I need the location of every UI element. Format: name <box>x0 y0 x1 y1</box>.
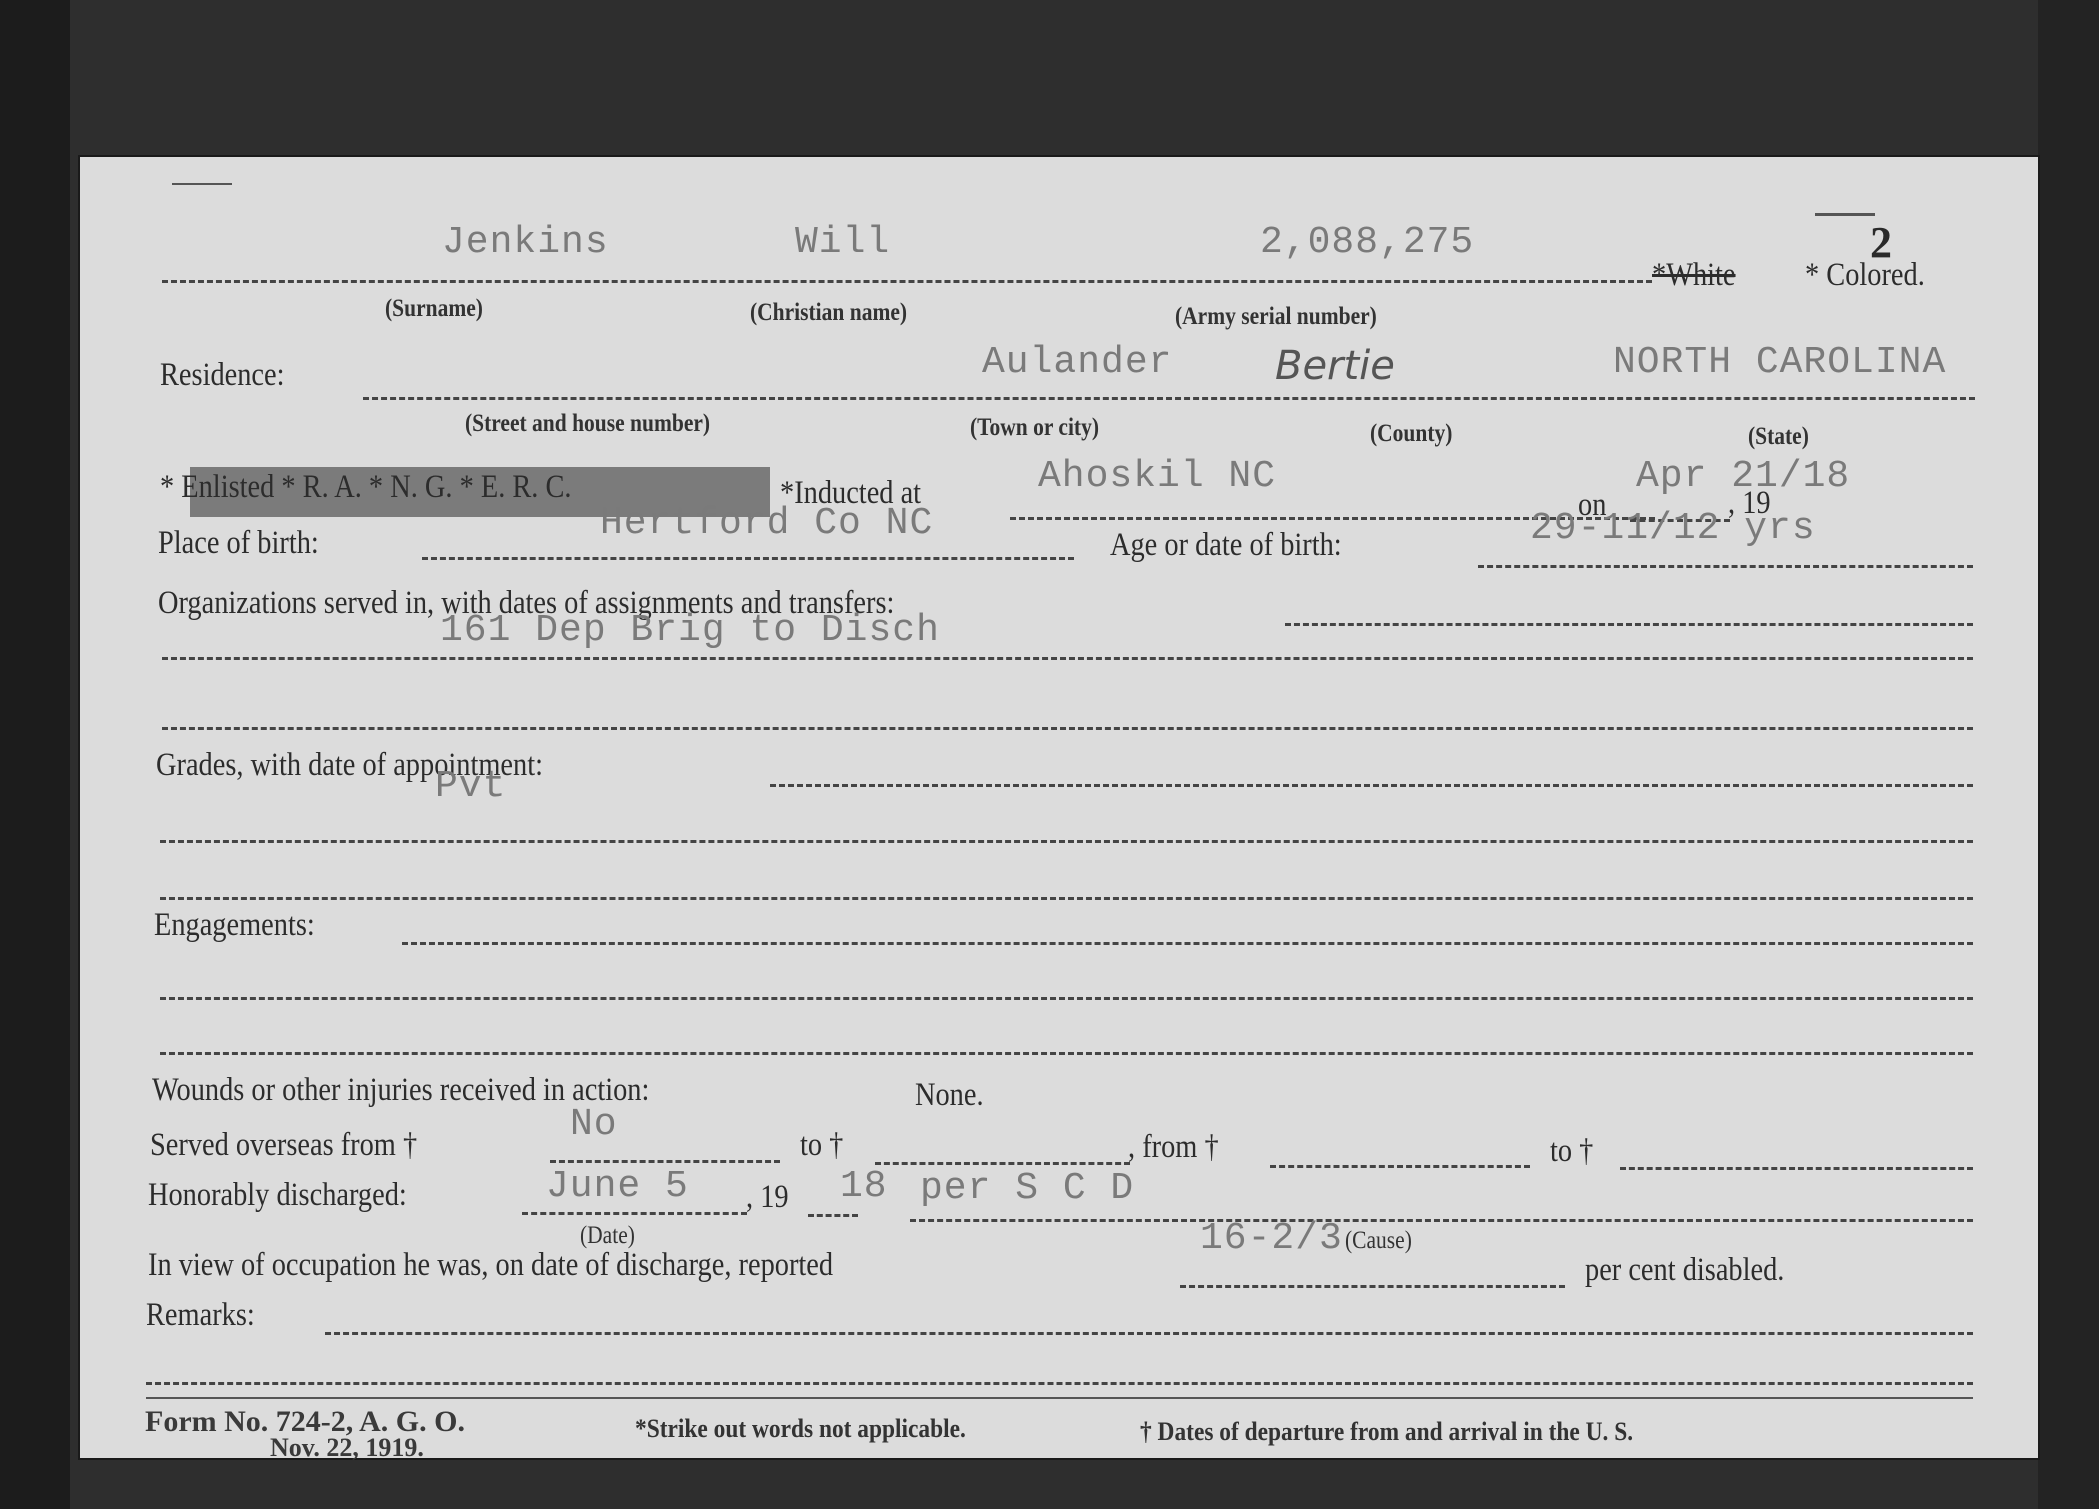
surname-value: Jenkins <box>442 221 609 264</box>
served-overseas-value: No <box>570 1103 618 1146</box>
disability-line <box>1180 1285 1565 1288</box>
discharge-year-prefix: , 19 <box>746 1179 789 1216</box>
wounds-value: None. <box>915 1077 984 1114</box>
overseas-to2-label: to † <box>1550 1133 1593 1170</box>
organizations-line-2 <box>162 657 1973 660</box>
footer-rule <box>146 1397 1973 1399</box>
organizations-line-1 <box>1285 623 1973 626</box>
remarks-label: Remarks: <box>146 1297 255 1334</box>
residence-county-value: Bertie <box>1275 343 1395 389</box>
discharge-year-line <box>808 1214 858 1217</box>
background-strip-right <box>2038 0 2099 1509</box>
overseas-from2-label: , from † <box>1128 1129 1219 1166</box>
town-caption: (Town or city) <box>970 414 1099 442</box>
engagements-line-1 <box>402 942 1973 945</box>
grades-value: Pvt <box>435 765 506 808</box>
grades-line-3 <box>160 897 1973 900</box>
serial-caption: (Army serial number) <box>1175 303 1377 331</box>
name-line <box>162 280 1652 283</box>
residence-line <box>363 397 1975 400</box>
served-overseas-label: Served overseas from † <box>150 1127 417 1164</box>
residence-state-value: NORTH CAROLINA <box>1613 341 1946 384</box>
discharge-cause-value: per S C D <box>920 1167 1134 1210</box>
overseas-to-line <box>875 1162 1130 1165</box>
christian-caption: (Christian name) <box>750 299 907 327</box>
disability-value: 16-2/3 <box>1200 1217 1343 1260</box>
age-label: Age or date of birth: <box>1110 527 1342 564</box>
age-value: 29-11/12 yrs <box>1530 507 1816 550</box>
disability-label: In view of occupation he was, on date of… <box>148 1247 833 1284</box>
county-caption: (County) <box>1370 420 1452 448</box>
serial-number-value: 2,088,275 <box>1260 221 1474 264</box>
remarks-line-1 <box>325 1332 1973 1335</box>
organizations-line-3 <box>162 727 1973 730</box>
grades-line-1 <box>770 784 1973 787</box>
overseas-from2-line <box>1270 1165 1530 1168</box>
race-colored: * Colored. <box>1805 257 1925 294</box>
disability-suffix: per cent disabled. <box>1585 1252 1784 1289</box>
engagements-label: Engagements: <box>154 907 315 944</box>
discharge-date-caption: (Date) <box>580 1222 635 1250</box>
place-of-birth-line <box>422 557 1074 560</box>
discharge-cause-line <box>910 1219 1973 1222</box>
discharge-date-value: June 5 <box>546 1165 689 1208</box>
street-caption: (Street and house number) <box>465 410 710 438</box>
engagements-line-2 <box>160 997 1973 1000</box>
dates-note: † Dates of departure from and arrival in… <box>1140 1417 1633 1447</box>
card-number-rule <box>1815 213 1875 216</box>
state-caption: (State) <box>1748 423 1809 451</box>
overseas-from-line <box>550 1160 780 1163</box>
discharge-cause-caption: (Cause) <box>1345 1227 1412 1255</box>
age-line <box>1478 565 1973 568</box>
christian-name-value: Will <box>795 221 890 264</box>
service-record-card: 2 Jenkins Will 2,088,275 *White * Colore… <box>80 157 2038 1458</box>
overseas-to-label: to † <box>800 1127 843 1164</box>
residence-label: Residence: <box>160 357 285 394</box>
discharge-label: Honorably discharged: <box>148 1177 407 1214</box>
organizations-value: 161 Dep Brig to Disch <box>440 609 940 652</box>
form-date: Nov. 22, 1919. <box>270 1433 424 1463</box>
grades-line-2 <box>160 840 1973 843</box>
overseas-to2-line <box>1620 1167 1973 1170</box>
surname-caption: (Surname) <box>385 295 483 323</box>
corner-mark <box>172 183 232 185</box>
place-of-birth-label: Place of birth: <box>158 525 319 562</box>
remarks-line-2 <box>146 1382 1973 1385</box>
background-strip-left <box>0 0 70 1509</box>
residence-town-value: Aulander <box>982 341 1172 384</box>
engagements-line-3 <box>160 1052 1973 1055</box>
discharge-date-line <box>522 1212 747 1215</box>
discharge-year-value: 18 <box>840 1165 888 1208</box>
race-white-struck: *White <box>1652 257 1736 294</box>
enlistment-options-struck: * Enlisted * R. A. * N. G. * E. R. C. <box>160 469 572 506</box>
place-of-birth-value: Hertford Co NC <box>600 502 933 545</box>
strike-note: *Strike out words not applicable. <box>635 1414 966 1444</box>
inducted-place-value: Ahoskil NC <box>1038 455 1276 498</box>
